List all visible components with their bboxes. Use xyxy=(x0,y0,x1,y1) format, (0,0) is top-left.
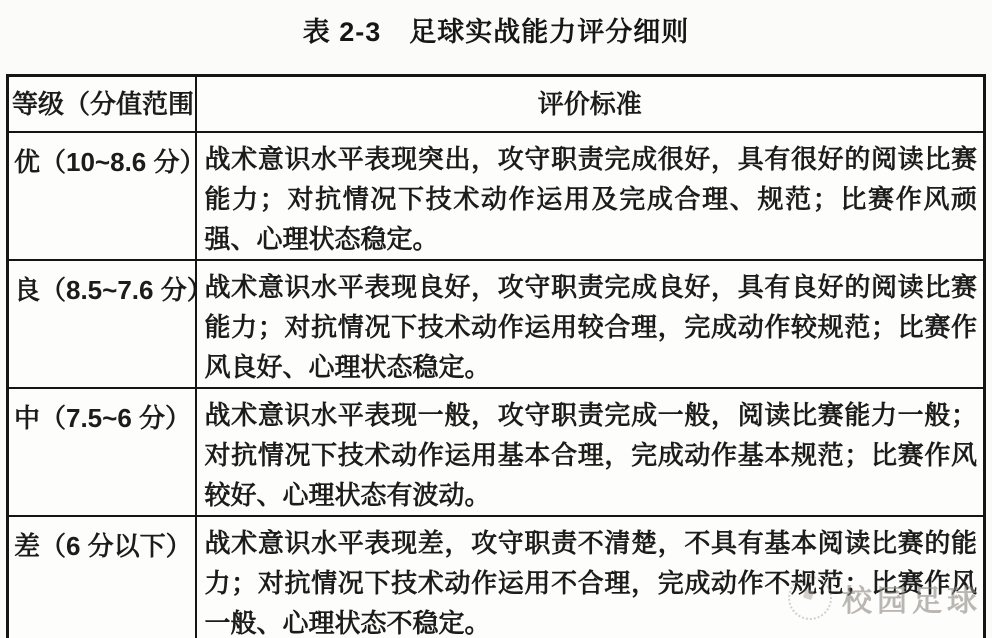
table-row: 差（6 分以下） 战术意识水平表现差，攻守职责不清楚，不具有基本阅读比赛的能力；… xyxy=(8,516,985,638)
grade-cell-poor: 差（6 分以下） xyxy=(8,516,196,638)
document-page: 表 2-3 足球实战能力评分细则 等级（分值范围） 评价标准 优（10~8.6 … xyxy=(0,0,992,638)
table-row: 优（10~8.6 分） 战术意识水平表现突出，攻守职责完成很好，具有很好的阅读比… xyxy=(8,132,985,260)
grade-cell-excellent: 优（10~8.6 分） xyxy=(8,132,196,260)
criteria-cell-excellent: 战术意识水平表现突出，攻守职责完成很好，具有很好的阅读比赛能力；对抗情况下技术动… xyxy=(196,132,985,260)
criteria-cell-poor: 战术意识水平表现差，攻守职责不清楚，不具有基本阅读比赛的能力；对抗情况下技术动作… xyxy=(196,516,985,638)
table-caption: 表 2-3 足球实战能力评分细则 xyxy=(0,10,992,49)
criteria-cell-good: 战术意识水平表现良好，攻守职责完成良好，具有良好的阅读比赛能力；对抗情况下技术动… xyxy=(196,260,985,388)
criteria-cell-medium: 战术意识水平表现一般，攻守职责完成一般，阅读比赛能力一般；对抗情况下技术动作运用… xyxy=(196,388,985,516)
column-header-grade: 等级（分值范围） xyxy=(8,76,196,132)
column-header-criteria: 评价标准 xyxy=(196,76,985,132)
score-rubric-table: 等级（分值范围） 评价标准 优（10~8.6 分） 战术意识水平表现突出，攻守职… xyxy=(6,74,986,638)
table-row: 良（8.5~7.6 分） 战术意识水平表现良好，攻守职责完成良好，具有良好的阅读… xyxy=(8,260,985,388)
grade-cell-medium: 中（7.5~6 分） xyxy=(8,388,196,516)
table-header-row: 等级（分值范围） 评价标准 xyxy=(8,76,985,132)
grade-cell-good: 良（8.5~7.6 分） xyxy=(8,260,196,388)
table-row: 中（7.5~6 分） 战术意识水平表现一般，攻守职责完成一般，阅读比赛能力一般；… xyxy=(8,388,985,516)
